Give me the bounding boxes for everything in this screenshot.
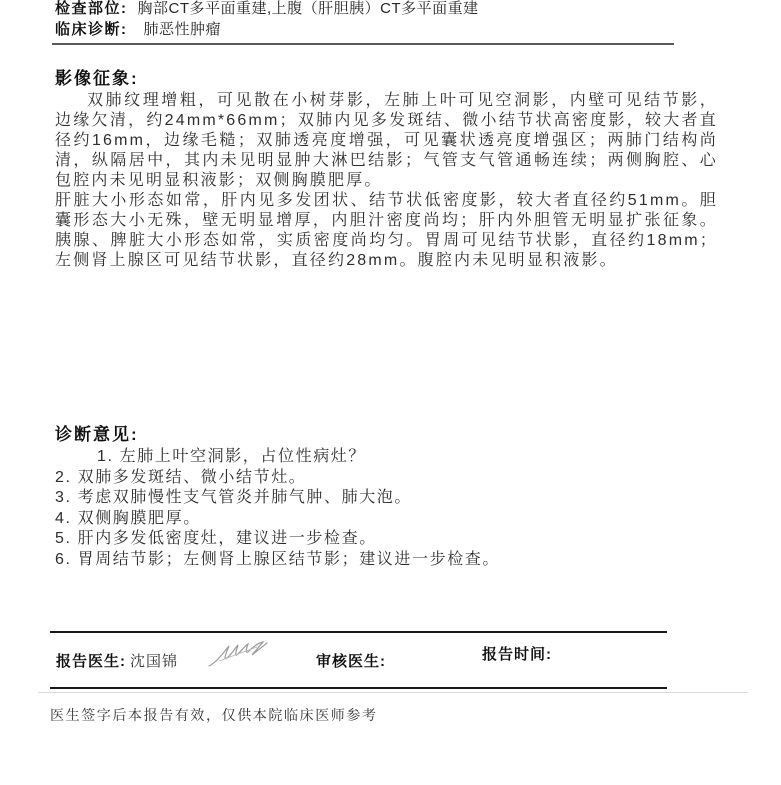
report-doctor-name: 沈国锦 <box>130 650 178 671</box>
diagnosis-item: 6. 胃周结节影；左侧肾上腺区结节影；建议进一步检查。 <box>55 550 718 571</box>
exam-site-row: 检查部位: 胸部CT多平面重建,上腹（肝胆胰）CT多平面重建 <box>55 0 479 18</box>
signoff-section: 报告医生: 沈国锦 审核医生: 报告时间: <box>50 631 667 689</box>
findings-body: 双肺纹理增粗，可见散在小树芽影，左肺上叶可见空洞影，内壁可见结节影，边缘欠清，约… <box>55 91 718 271</box>
clinical-diagnosis-value: 肺恶性肿瘤 <box>144 18 222 39</box>
diagnosis-item: 5. 肝内多发低密度灶，建议进一步检查。 <box>55 529 718 550</box>
diagnosis-heading: 诊断意见: <box>55 420 139 445</box>
footer-divider <box>38 692 748 693</box>
review-doctor-group: 审核医生: <box>316 650 390 671</box>
clinical-diagnosis-row: 临床诊断: 肺恶性肿瘤 <box>55 18 221 39</box>
report-doctor-group: 报告医生: 沈国锦 <box>56 650 178 671</box>
diagnosis-list: 1. 左肺上叶空洞影，占位性病灶？ 2. 双肺多发斑结、微小结节灶。 3. 考虑… <box>55 447 718 570</box>
header-divider <box>52 43 674 45</box>
report-doctor-label: 报告医生: <box>56 650 126 671</box>
findings-paragraph: 肝脏大小形态如常，肝内见多发团状、结节状低密度影，较大者直径约51mm。胆囊形态… <box>55 191 718 271</box>
diagnosis-item: 2. 双肺多发斑结、微小结节灶。 <box>55 468 718 489</box>
report-time-label: 报告时间: <box>482 643 552 664</box>
doctor-signature-icon <box>205 639 277 671</box>
diagnosis-item: 4. 双侧胸膜肥厚。 <box>55 509 718 530</box>
exam-site-label: 检查部位: <box>55 0 128 18</box>
findings-paragraph: 双肺纹理增粗，可见散在小树芽影，左肺上叶可见空洞影，内壁可见结节影，边缘欠清，约… <box>55 91 718 191</box>
review-doctor-label: 审核医生: <box>316 650 386 671</box>
report-time-group: 报告时间: <box>482 643 556 664</box>
diagnosis-item: 1. 左肺上叶空洞影，占位性病灶？ <box>55 447 718 468</box>
findings-heading: 影像征象: <box>55 64 139 89</box>
clinical-diagnosis-label: 临床诊断: <box>55 18 128 39</box>
exam-site-value: 胸部CT多平面重建,上腹（肝胆胰）CT多平面重建 <box>138 0 479 18</box>
diagnosis-item: 3. 考虑双肺慢性支气管炎并肺气肿、肺大泡。 <box>55 488 718 509</box>
footer-note: 医生签字后本报告有效，仅供本院临床医师参考 <box>50 705 378 725</box>
doctor-signature <box>205 639 277 671</box>
